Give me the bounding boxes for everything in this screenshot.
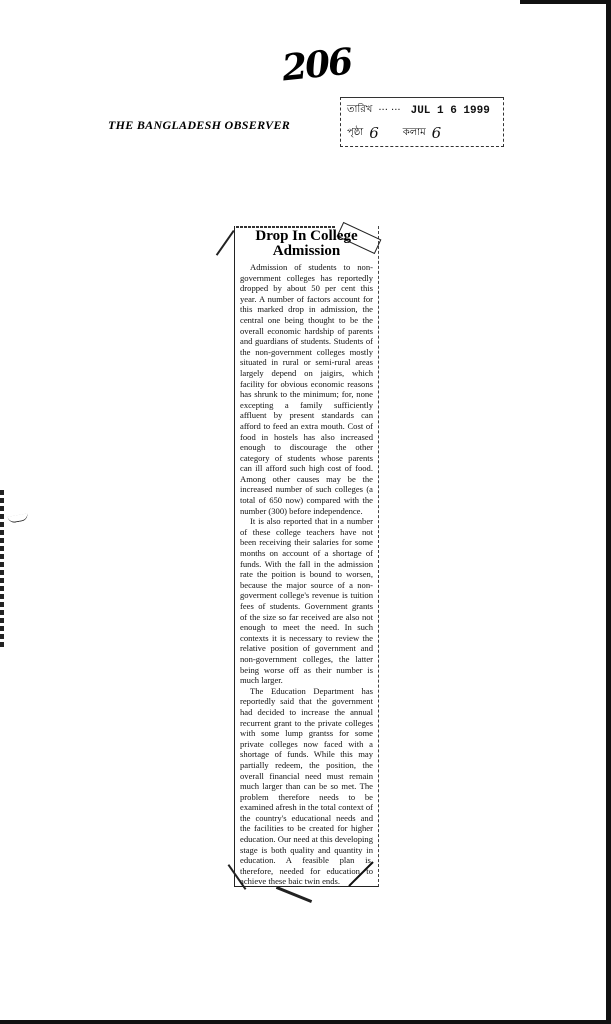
handwritten-page-number: 206 [280,41,353,90]
stamp-page-label: পৃষ্ঠা [347,125,363,142]
scan-edge-right [606,0,611,1024]
stamp-page-row: পৃষ্ঠা 6 কলাম 6 [347,124,441,142]
scan-edge-left [0,490,4,650]
headline-line-2: Admission [240,244,373,259]
clipping-torn-flap [276,886,312,903]
stamp-date-label: তারিখ [347,102,372,119]
article-body: Admission of students to non-government … [240,262,373,887]
stamp-date-row: তারিখ ··· ··· JUL 1 6 1999 [347,102,490,119]
stamp-column-value: 6 [432,124,442,142]
date-stamp: তারিখ ··· ··· JUL 1 6 1999 পৃষ্ঠা 6 কলাম… [340,97,504,147]
headline-line-1: Drop In College [240,229,373,244]
clipping-fold-mark [216,230,235,256]
article-paragraph: Admission of students to non-government … [240,262,373,516]
publication-name: THE BANGLADESH OBSERVER [108,118,290,133]
scan-mark [8,513,29,523]
stamp-dots: ··· ··· [378,105,400,116]
article-paragraph: The Education Department has reportedly … [240,686,373,887]
stamp-page-value: 6 [369,124,379,142]
article-paragraph: It is also reported that in a number of … [240,516,373,686]
news-article: Drop In College Admission Admission of s… [240,229,373,887]
scan-edge-top [520,0,611,4]
scan-edge-bottom [0,1020,611,1024]
article-headline: Drop In College Admission [240,229,373,259]
stamp-column-label: কলাম [403,125,426,142]
stamp-date-value: JUL 1 6 1999 [411,105,490,117]
